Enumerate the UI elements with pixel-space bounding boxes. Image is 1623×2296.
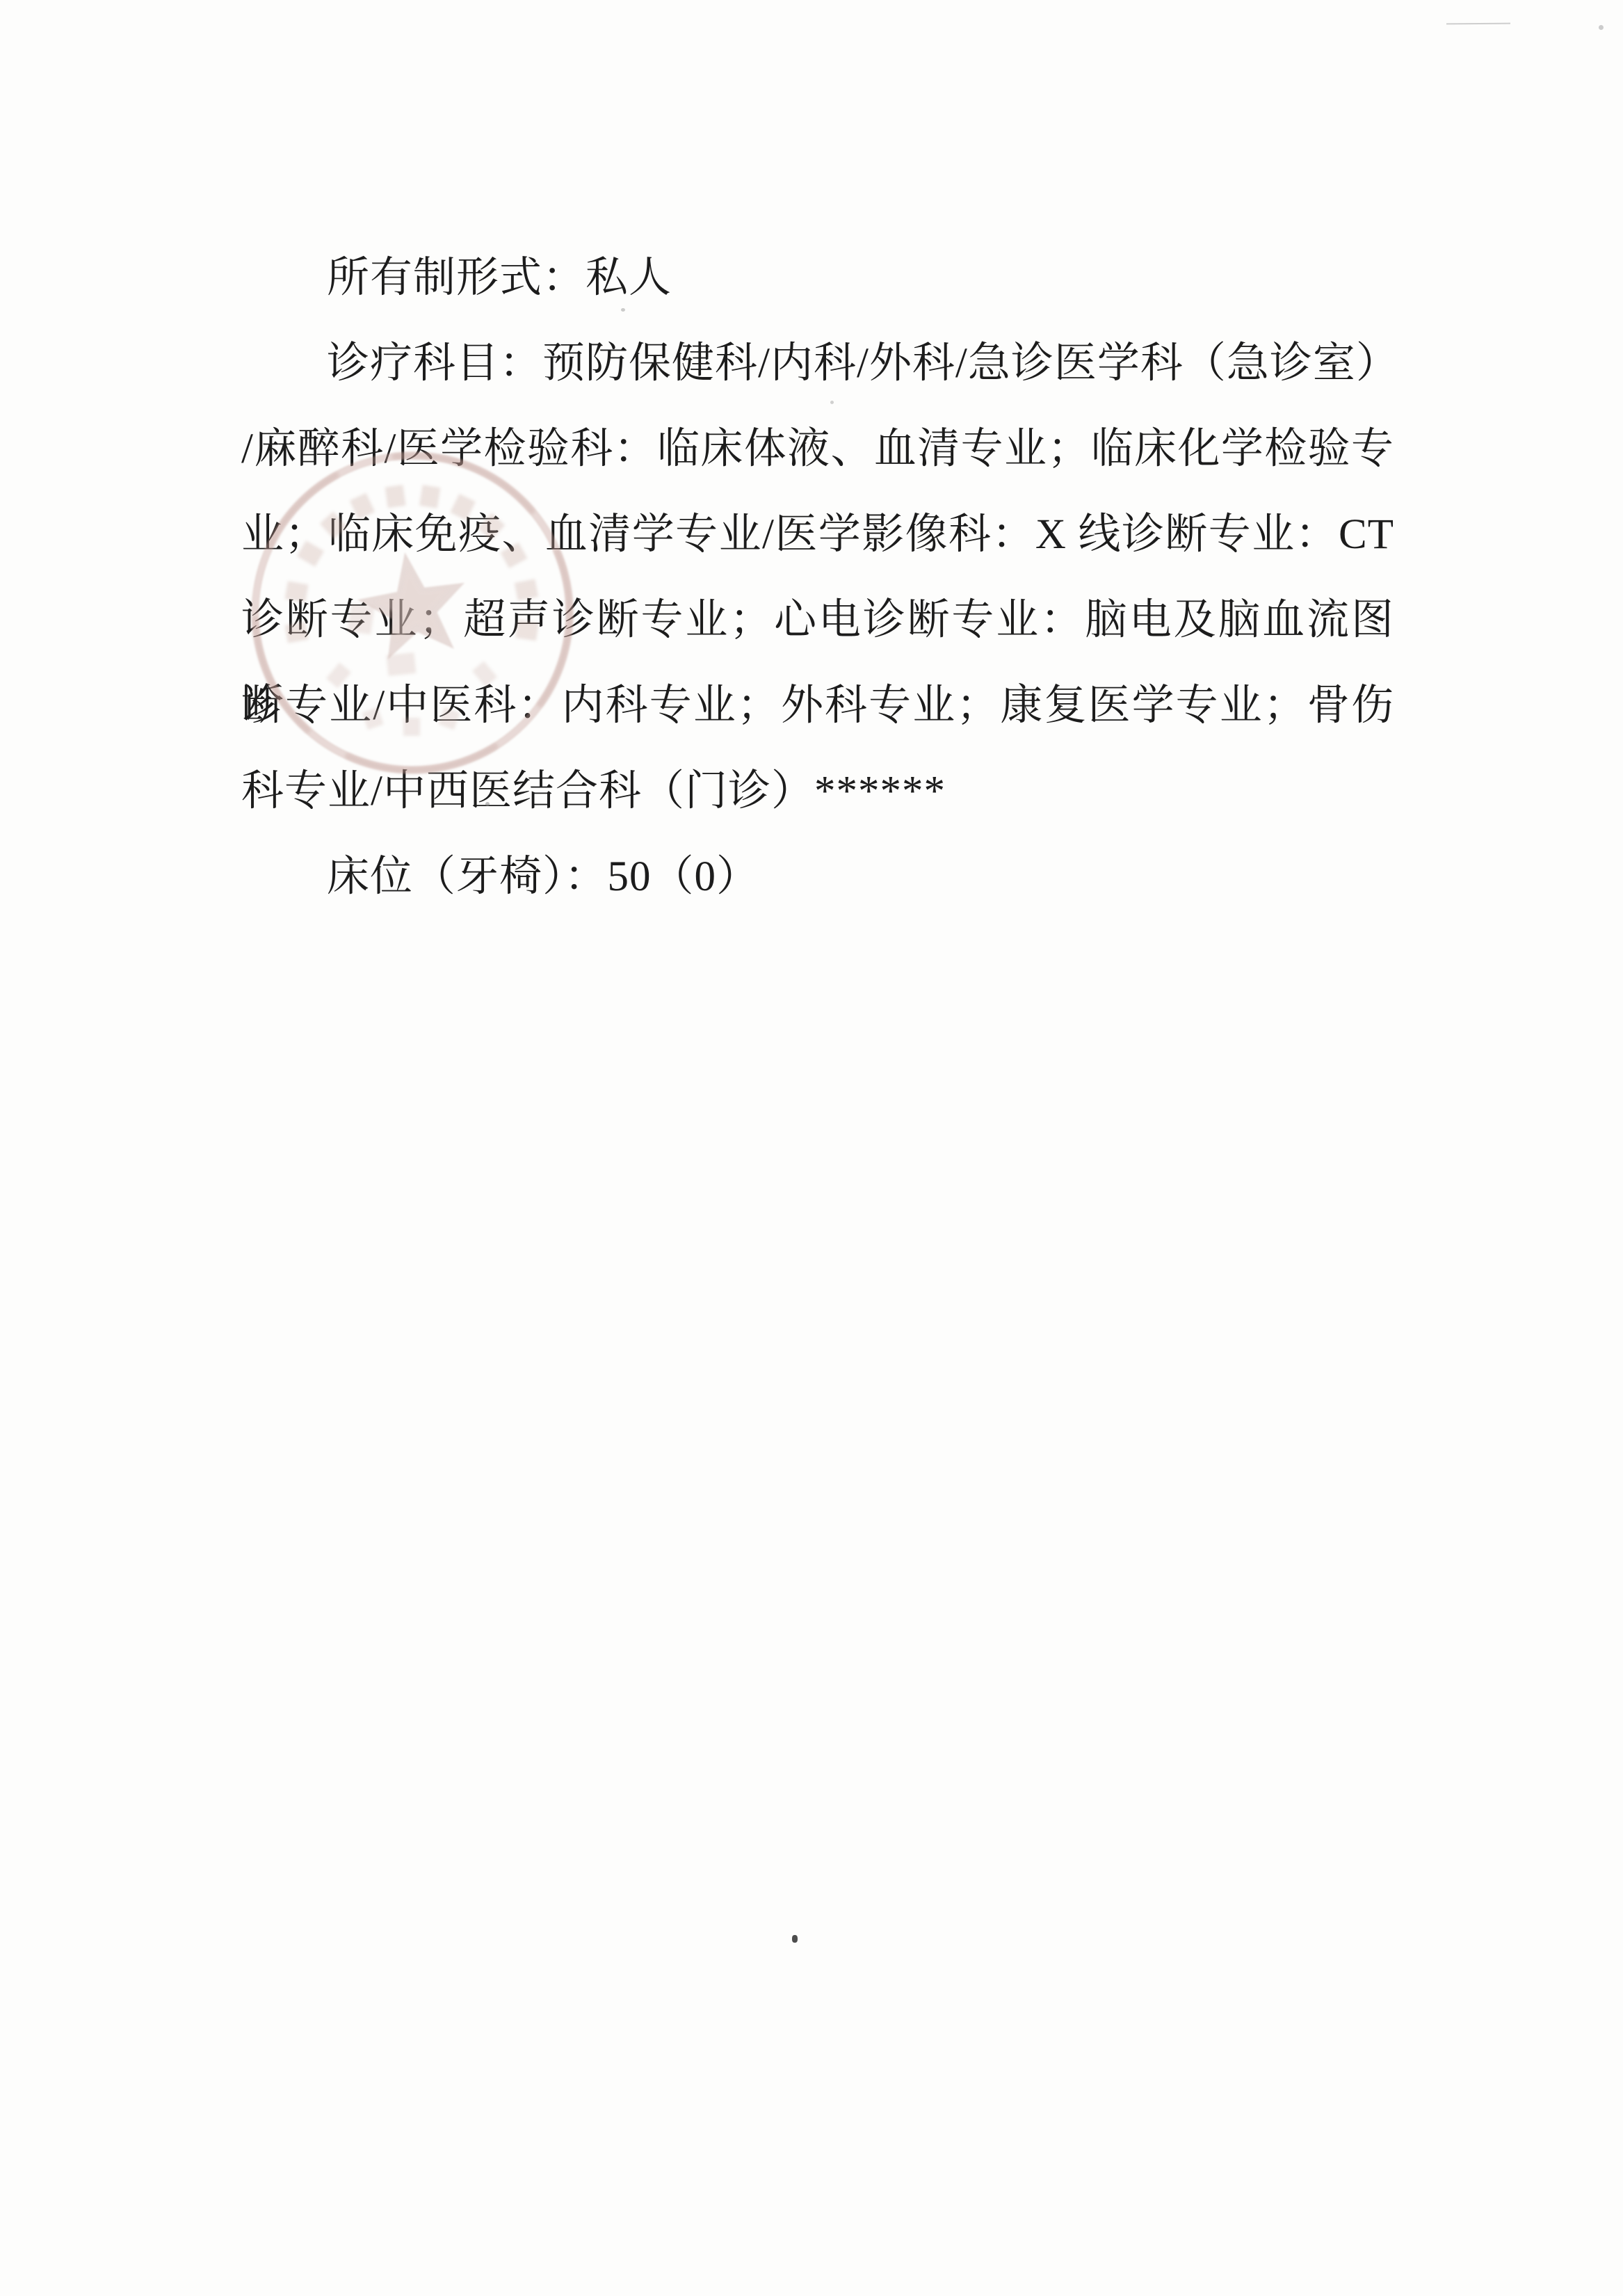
treatment-subjects-line-2: /麻醉科/医学检验科：临床体液、血清专业；临床化学检验专 xyxy=(241,406,1394,492)
treatment-subjects-line-5: 断专业/中医科：内科专业；外科专业；康复医学专业；骨伤 xyxy=(241,663,1394,748)
treatment-subjects-line-6: 科专业/中西医结合科（门诊）****** xyxy=(241,748,1394,834)
scan-speck xyxy=(485,802,490,806)
scan-speck xyxy=(1599,25,1604,30)
treatment-subjects-line-4: 诊断专业；超声诊断专业；心电诊断专业：脑电及脑血流图诊 xyxy=(241,577,1394,663)
scan-speck xyxy=(792,1935,798,1943)
ownership-line: 所有制形式：私人 xyxy=(241,235,1394,321)
scanned-document-page: 所有制形式：私人 诊疗科目：预防保健科/内科/外科/急诊医学科（急诊室） /麻醉… xyxy=(0,0,1623,2296)
treatment-subjects-line-3: 业；临床免疫、血清学专业/医学影像科：X 线诊断专业：CT xyxy=(241,492,1394,577)
beds-line: 床位（牙椅）：50（0） xyxy=(241,834,1394,920)
scan-scratch-artifact xyxy=(1446,23,1510,25)
scan-speck xyxy=(621,308,625,312)
document-text-block: 所有制形式：私人 诊疗科目：预防保健科/内科/外科/急诊医学科（急诊室） /麻醉… xyxy=(241,235,1394,920)
scan-speck xyxy=(830,401,834,404)
treatment-subjects-line-1: 诊疗科目：预防保健科/内科/外科/急诊医学科（急诊室） xyxy=(241,321,1394,406)
